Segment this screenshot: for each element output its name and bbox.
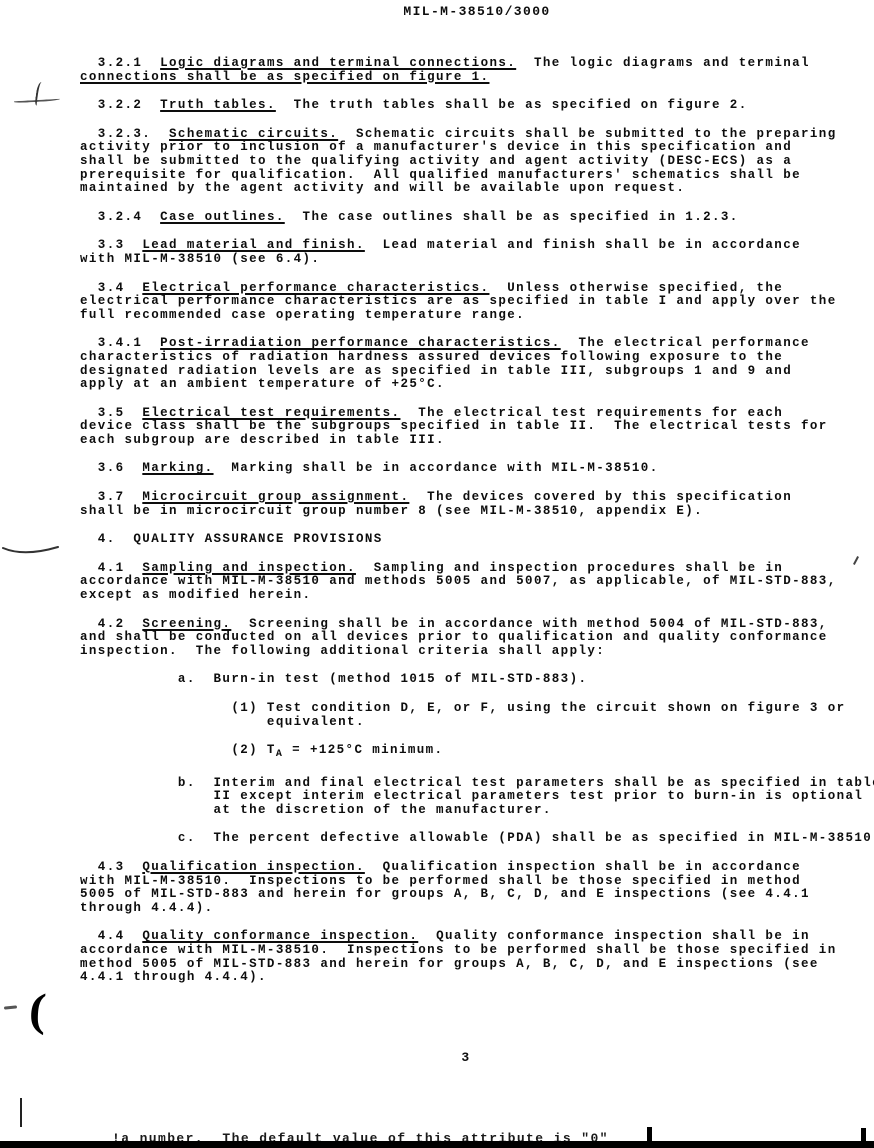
paragraph: a. Burn-in test (method 1015 of MIL-STD-…: [80, 673, 852, 687]
margin-mark-swoosh: [2, 544, 60, 558]
paragraph-text: The logic diagrams and terminal: [516, 56, 810, 70]
paragraph: (1) Test condition D, E, or F, using the…: [80, 702, 852, 729]
paragraph-heading: Electrical performance characteristics.: [142, 281, 489, 295]
paragraph-heading: Logic diagrams and terminal connections.: [160, 56, 516, 70]
paragraph-text: c. The percent defective allowable (PDA)…: [80, 831, 874, 845]
paragraph: 4.1 Sampling and inspection. Sampling an…: [80, 562, 852, 603]
paragraph-heading: Truth tables.: [160, 98, 276, 112]
paragraph-text: 4.1: [80, 561, 142, 575]
paragraph-text: 3.3: [80, 238, 142, 252]
paragraph-text: b. Interim and final electrical test par…: [80, 776, 874, 817]
paragraph: 4.3 Qualification inspection. Qualificat…: [80, 861, 852, 915]
paragraph-heading: Sampling and inspection.: [142, 561, 356, 575]
scan-tick-1: [647, 1127, 652, 1141]
paragraph-text: 3.4: [80, 281, 142, 295]
paragraph-text: 3.7: [80, 490, 142, 504]
paragraph-text: 3.4.1: [80, 336, 160, 350]
paragraph-text: 4.4: [80, 929, 142, 943]
paragraph-heading: Screening.: [142, 617, 231, 631]
paragraph-text: 3.2.2: [80, 98, 160, 112]
document-body: 3.2.1 Logic diagrams and terminal connec…: [80, 57, 852, 1000]
paragraph-text: 3.6: [80, 461, 142, 475]
paragraph: 3.4 Electrical performance characteristi…: [80, 282, 852, 323]
paragraph-text: (2) T: [80, 743, 276, 757]
paragraph: 4. QUALITY ASSURANCE PROVISIONS: [80, 533, 852, 547]
paragraph-heading: connections shall be as specified on fig…: [80, 70, 489, 84]
paragraph: 3.4.1 Post-irradiation performance chara…: [80, 337, 852, 391]
paragraph-heading: Electrical test requirements.: [142, 406, 400, 420]
paragraph: b. Interim and final electrical test par…: [80, 777, 852, 818]
scan-bottom-bar: [0, 1141, 874, 1148]
paragraph: 3.5 Electrical test requirements. The el…: [80, 407, 852, 448]
paragraph: 3.2.4 Case outlines. The case outlines s…: [80, 211, 852, 225]
paragraph-heading: Schematic circuits.: [169, 127, 338, 141]
paragraph-text: = +125°C minimum.: [283, 743, 443, 757]
paragraph-heading: Marking.: [142, 461, 213, 475]
margin-mark-dash: [4, 1005, 17, 1009]
paragraph-text: 4.3: [80, 860, 142, 874]
paragraph-text: a. Burn-in test (method 1015 of MIL-STD-…: [80, 672, 587, 686]
paragraph: 3.6 Marking. Marking shall be in accorda…: [80, 462, 852, 476]
paragraph-text: (1) Test condition D, E, or F, using the…: [80, 701, 846, 729]
paragraph-heading: Microcircuit group assignment.: [142, 490, 409, 504]
paragraph: 3.2.1 Logic diagrams and terminal connec…: [80, 57, 852, 84]
paragraph-heading: Lead material and finish.: [142, 238, 365, 252]
paragraph-text: The truth tables shall be as specified o…: [276, 98, 748, 112]
paragraph-text: 3.2.4: [80, 210, 160, 224]
margin-mark-tick-right: [853, 556, 859, 565]
margin-mark-paren: (: [28, 983, 48, 1037]
paragraph-heading: Case outlines.: [160, 210, 285, 224]
paragraph: c. The percent defective allowable (PDA)…: [80, 832, 852, 846]
scanned-page: { "doc": { "header": "MIL-M-38510/3000",…: [0, 0, 874, 1148]
paragraph: 4.4 Quality conformance inspection. Qual…: [80, 930, 852, 984]
paragraph-heading: Qualification inspection.: [142, 860, 365, 874]
paragraph: 3.3 Lead material and finish. Lead mater…: [80, 239, 852, 266]
paragraph-text: 3.2.3.: [80, 127, 169, 141]
paragraph: 3.7 Microcircuit group assignment. The d…: [80, 491, 852, 518]
doc-id-header: MIL-M-38510/3000: [80, 4, 874, 19]
paragraph-text: Marking shall be in accordance with MIL-…: [214, 461, 659, 475]
page-number: 3: [80, 1050, 852, 1065]
paragraph: 3.2.3. Schematic circuits. Schematic cir…: [80, 128, 852, 196]
paragraph-text: 4. QUALITY ASSURANCE PROVISIONS: [80, 532, 383, 546]
margin-mark-hook: [34, 82, 45, 107]
paragraph-text: 3.2.1: [80, 56, 160, 70]
paragraph: (2) TA = +125°C minimum.: [80, 744, 852, 761]
margin-mark-vline: [20, 1098, 22, 1127]
paragraph-heading: Post-irradiation performance characteris…: [160, 336, 561, 350]
paragraph-text: 3.5: [80, 406, 142, 420]
paragraph: 4.2 Screening. Screening shall be in acc…: [80, 618, 852, 659]
paragraph: 3.2.2 Truth tables. The truth tables sha…: [80, 99, 852, 113]
paragraph-text: 4.2: [80, 617, 142, 631]
scan-tick-2: [861, 1128, 866, 1141]
paragraph-heading: Quality conformance inspection.: [142, 929, 418, 943]
paragraph-text: The case outlines shall be as specified …: [285, 210, 739, 224]
